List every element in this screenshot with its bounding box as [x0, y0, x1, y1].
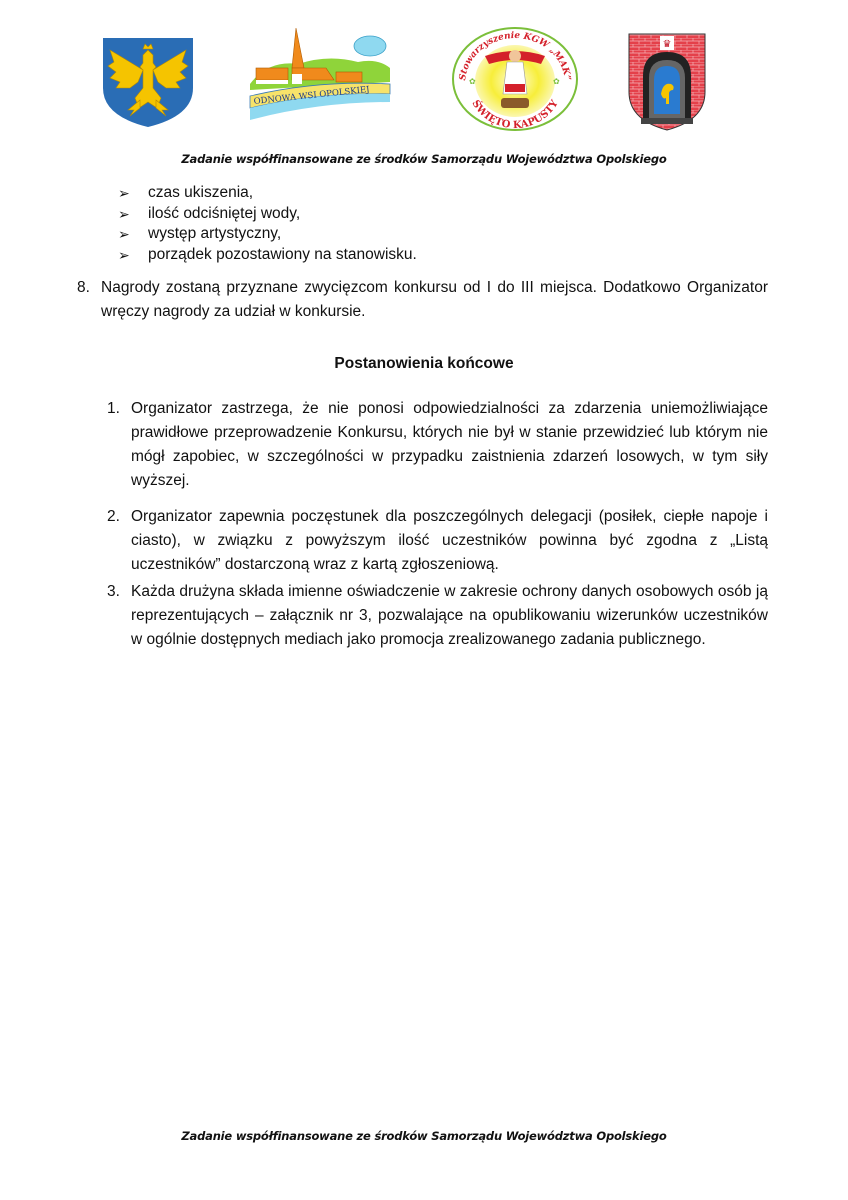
- item-number: 1.: [107, 397, 120, 421]
- section-heading: Postanowienia końcowe: [0, 355, 848, 373]
- final-provision-item: 3. Każda drużyna składa imienne oświadcz…: [131, 580, 768, 652]
- svg-text:♛: ♛: [663, 39, 672, 50]
- paragraph-text: Organizator zapewnia poczęstunek dla pos…: [131, 508, 768, 573]
- footer-funding-note: Zadanie współfinansowane ze środków Samo…: [0, 1129, 848, 1143]
- item-number: 2.: [107, 505, 120, 529]
- list-item: ➢czas ukiszenia,: [118, 183, 417, 204]
- award-paragraph: 8. Nagrody zostaną przyznane zwycięzcom …: [101, 276, 768, 324]
- arrowhead-bullet-icon: ➢: [118, 183, 130, 204]
- list-item: ➢występ artystyczny,: [118, 224, 417, 245]
- gmina-coat-of-arms-icon: ♛: [627, 32, 707, 132]
- list-item: ➢porządek pozostawiony na stanowisku.: [118, 245, 417, 266]
- paragraph-text: Nagrody zostaną przyznane zwycięzcom kon…: [101, 279, 768, 320]
- header-funding-note: Zadanie współfinansowane ze środków Samo…: [0, 152, 848, 166]
- kgw-mak-swieto-kapusty-logo-icon: Stowarzyszenie KGW „MAK” ŚWIĘTO KAPUSTY …: [451, 26, 579, 132]
- opolskie-eagle-coat-of-arms-icon: [100, 32, 196, 128]
- item-number: 8.: [77, 276, 90, 300]
- final-provision-item: 2. Organizator zapewnia poczęstunek dla …: [131, 505, 768, 577]
- arrowhead-bullet-icon: ➢: [118, 224, 130, 245]
- paragraph-text: Organizator zastrzega, że nie ponosi odp…: [131, 400, 768, 489]
- svg-text:✿: ✿: [553, 77, 560, 86]
- odnowa-wsi-logo-icon: ODNOWA WSI OPOLSKIEJ: [248, 24, 394, 120]
- item-number: 3.: [107, 580, 120, 604]
- arrowhead-bullet-icon: ➢: [118, 204, 130, 225]
- arrowhead-bullet-icon: ➢: [118, 245, 130, 266]
- criteria-bullet-list: ➢czas ukiszenia, ➢ilość odciśniętej wody…: [118, 183, 417, 265]
- final-provision-item: 1. Organizator zastrzega, że nie ponosi …: [131, 397, 768, 493]
- paragraph-text: Każda drużyna składa imienne oświadczeni…: [131, 583, 768, 648]
- svg-text:✿: ✿: [469, 77, 476, 86]
- list-item: ➢ilość odciśniętej wody,: [118, 204, 417, 225]
